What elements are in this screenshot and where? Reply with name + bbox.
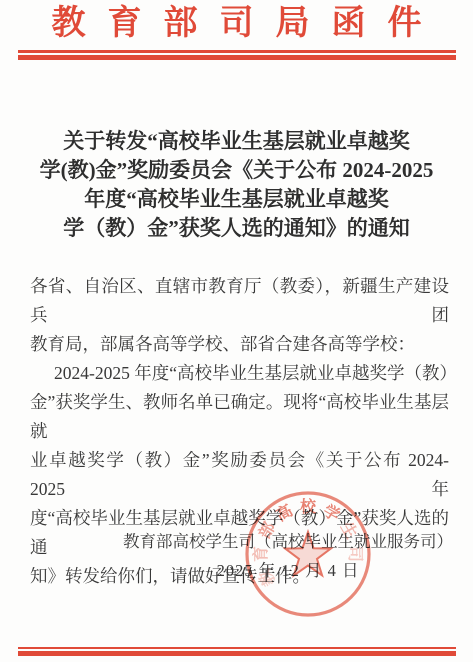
title-line-1: 关于转发“高校毕业生基层就业卓越奖	[10, 127, 463, 156]
document-title: 关于转发“高校毕业生基层就业卓越奖 学(教)金”奖励委员会《关于公布 2024-…	[10, 127, 463, 243]
seal-char: 学	[320, 501, 343, 525]
seal-char: 生	[337, 519, 361, 542]
title-line-2: 学(教)金”奖励委员会《关于公布 2024-2025	[10, 156, 463, 185]
letterhead-title: 教育部司局函件	[0, 4, 473, 43]
footer-divider	[18, 647, 456, 656]
body-line: 教育局，部属各高等学校、部省合建各高等学校：	[30, 330, 449, 359]
document-page: 教育部司局函件 关于转发“高校毕业生基层就业卓越奖 学(教)金”奖励委员会《关于…	[0, 0, 473, 662]
seal-char: 司	[346, 546, 365, 562]
official-seal-stamp: 教 育 部 高 校 学 生 司	[238, 484, 378, 624]
divider-line-thick	[18, 55, 456, 60]
divider-line-thick	[18, 651, 456, 656]
body-line: 金”获奖学生、教师名单已确定。现将“高校毕业生基层就	[30, 388, 449, 446]
seal-char: 校	[299, 497, 317, 516]
seal-char: 育	[251, 546, 270, 562]
title-line-3: 年度“高校毕业生基层就业卓越奖	[10, 185, 463, 214]
title-line-4: 学（教）金”获奖人选的通知》的通知	[10, 214, 463, 243]
seal-char: 高	[273, 501, 296, 525]
letterhead-divider	[18, 50, 456, 60]
seal-star-icon	[285, 532, 331, 575]
seal-char: 教	[255, 565, 279, 589]
body-line: 各省、自治区、直辖市教育厅（教委），新疆生产建设兵团	[30, 272, 449, 330]
body-line: 2024-2025 年度“高校毕业生基层就业卓越奖学（教）	[30, 359, 449, 388]
seal-char: 部	[255, 519, 279, 542]
